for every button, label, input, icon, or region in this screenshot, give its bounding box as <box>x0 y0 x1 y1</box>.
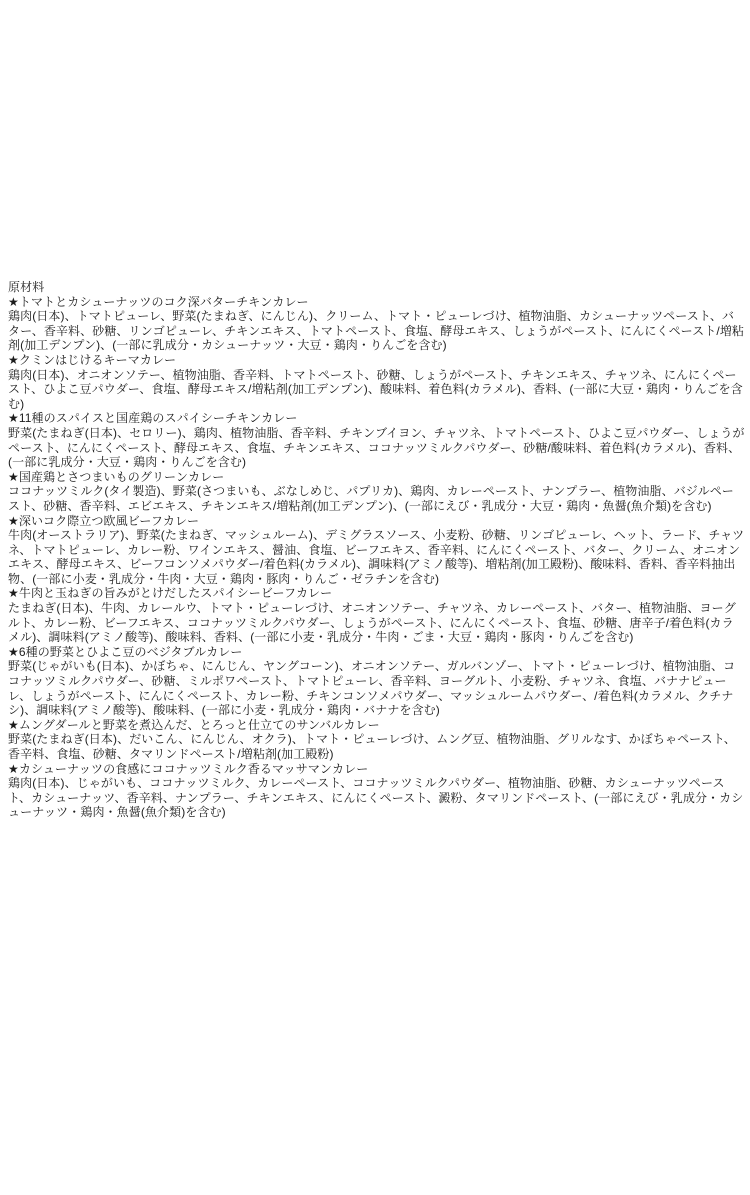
product-ingredients: 鶏肉(日本)、オニオンソテー、植物油脂、香辛料、トマトペースト、砂糖、しょうがペ… <box>8 368 745 412</box>
product-title: ★トマトとカシューナッツのコク深バターチキンカレー <box>8 295 745 310</box>
product-section-spicy-chicken: ★11種のスパイスと国産鶏のスパイシーチキンカレー 野菜(たまねぎ(日本)、セロ… <box>8 411 745 469</box>
product-title: ★ムングダールと野菜を煮込んだ、とろっと仕立てのサンバルカレー <box>8 718 745 733</box>
product-section-green-curry: ★国産鶏とさつまいものグリーンカレー ココナッツミルク(タイ製造)、野菜(さつま… <box>8 470 745 514</box>
product-section-massaman: ★カシューナッツの食感にココナッツミルク香るマッサマンカレー 鶏肉(日本)、じゃ… <box>8 762 745 820</box>
product-section-keema: ★クミンはじけるキーマカレー 鶏肉(日本)、オニオンソテー、植物油脂、香辛料、ト… <box>8 353 745 411</box>
product-ingredients: 野菜(たまねぎ(日本)、だいこん、にんじん、オクラ)、トマト・ピューレづけ、ムン… <box>8 732 745 761</box>
product-title: ★クミンはじけるキーマカレー <box>8 353 745 368</box>
product-ingredients: 鶏肉(日本)、じゃがいも、ココナッツミルク、カレーペースト、ココナッツミルクパウ… <box>8 776 745 820</box>
product-ingredients: 野菜(たまねぎ(日本)、セロリー)、鶏肉、植物油脂、香辛料、チキンブイヨン、チャ… <box>8 426 745 470</box>
product-section-vegetable: ★6種の野菜とひよこ豆のベジタブルカレー 野菜(じゃがいも(日本)、かぼちゃ、に… <box>8 645 745 718</box>
page-title: 原材料 <box>8 280 745 295</box>
product-title: ★深いコク際立つ欧風ビーフカレー <box>8 514 745 529</box>
ingredients-content: 原材料 ★トマトとカシューナッツのコク深バターチキンカレー 鶏肉(日本)、トマト… <box>8 280 745 820</box>
product-title: ★6種の野菜とひよこ豆のベジタブルカレー <box>8 645 745 660</box>
product-section-butter-chicken: ★トマトとカシューナッツのコク深バターチキンカレー 鶏肉(日本)、トマトピューレ… <box>8 295 745 353</box>
product-ingredients: 鶏肉(日本)、トマトピューレ、野菜(たまねぎ、にんじん)、クリーム、トマト・ピュ… <box>8 309 745 353</box>
product-section-sambar: ★ムングダールと野菜を煮込んだ、とろっと仕立てのサンバルカレー 野菜(たまねぎ(… <box>8 718 745 762</box>
product-title: ★カシューナッツの食感にココナッツミルク香るマッサマンカレー <box>8 762 745 777</box>
product-ingredients: 野菜(じゃがいも(日本)、かぼちゃ、にんじん、ヤングコーン)、オニオンソテー、ガ… <box>8 659 745 717</box>
product-ingredients: ココナッツミルク(タイ製造)、野菜(さつまいも、ぶなしめじ、パプリカ)、鶏肉、カ… <box>8 484 745 513</box>
product-section-european-beef: ★深いコク際立つ欧風ビーフカレー 牛肉(オーストラリア)、野菜(たまねぎ、マッシ… <box>8 514 745 587</box>
product-section-spicy-beef: ★牛肉と玉ねぎの旨みがとけだしたスパイシービーフカレー たまねぎ(日本)、牛肉、… <box>8 586 745 644</box>
product-title: ★国産鶏とさつまいものグリーンカレー <box>8 470 745 485</box>
product-ingredients: たまねぎ(日本)、牛肉、カレールウ、トマト・ピューレづけ、オニオンソテー、チャツ… <box>8 601 745 645</box>
ingredients-page: 原材料 ★トマトとカシューナッツのコク深バターチキンカレー 鶏肉(日本)、トマト… <box>0 0 750 1195</box>
product-title: ★11種のスパイスと国産鶏のスパイシーチキンカレー <box>8 411 745 426</box>
product-title: ★牛肉と玉ねぎの旨みがとけだしたスパイシービーフカレー <box>8 586 745 601</box>
product-ingredients: 牛肉(オーストラリア)、野菜(たまねぎ、マッシュルーム)、デミグラスソース、小麦… <box>8 528 745 586</box>
